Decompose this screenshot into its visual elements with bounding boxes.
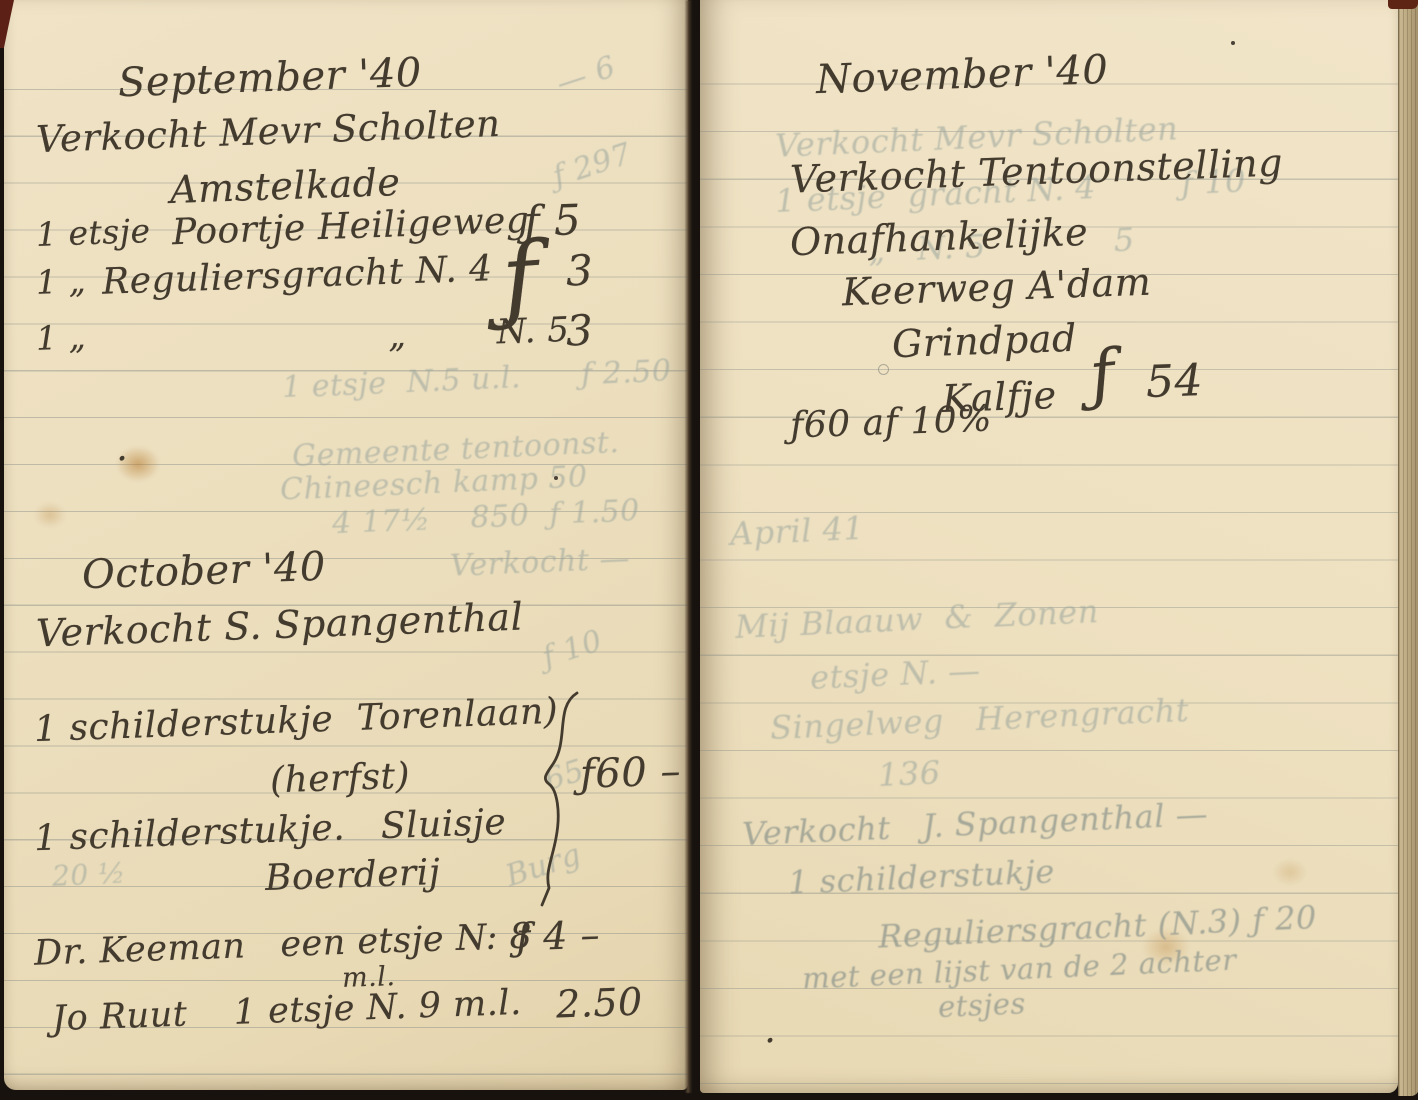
bleedthrough-line: etsje N. — (809, 651, 981, 696)
binding-gutter (685, 0, 692, 1093)
entry-artwork: Grindpad (891, 316, 1077, 366)
stray-ink-dot: . (115, 428, 128, 469)
row-qty: 1 etsje (35, 211, 151, 254)
discount-note: ƒ60 af 10% (789, 398, 992, 446)
row-amount: ƒ 4 – (515, 913, 600, 960)
grouping-brace (533, 690, 583, 908)
foxing-stain (1272, 858, 1308, 886)
row-qty: 1 „ (35, 317, 86, 358)
bleedthrough-line: etsjes (937, 986, 1026, 1024)
row-qty: 1 „ (35, 261, 86, 302)
cover-mark-top-right (1388, 0, 1418, 9)
foxing-stain (34, 502, 66, 528)
pencil-ring-mark (878, 364, 889, 375)
bleedthrough-line: 136 (877, 754, 941, 795)
notebook-scan: 1 etsje N.5 u.l. ƒ 2.50 Gemeente tentoon… (0, 0, 1418, 1100)
bleedthrough-line: April 41 (729, 509, 865, 553)
stray-ink-dot: . (763, 1010, 776, 1051)
row-amount: 2.50 (555, 980, 643, 1027)
entry-address: Amstelkade (169, 160, 401, 212)
heading-october: October '40 (81, 544, 326, 598)
row-amount: 3 (565, 246, 594, 296)
page-edge-stack (1398, 0, 1418, 1096)
item-note: Boerderij (264, 852, 441, 899)
row-description: „ N. 5 (387, 310, 570, 356)
group-amount: ƒ60 – (579, 748, 681, 797)
item-note: (herfst) (269, 756, 410, 802)
row-amount: 54 (1145, 355, 1204, 408)
row-amount: 3 (565, 306, 594, 356)
ink-speck (1231, 41, 1235, 45)
bleedthrough-line: 20 ½ (51, 856, 126, 892)
